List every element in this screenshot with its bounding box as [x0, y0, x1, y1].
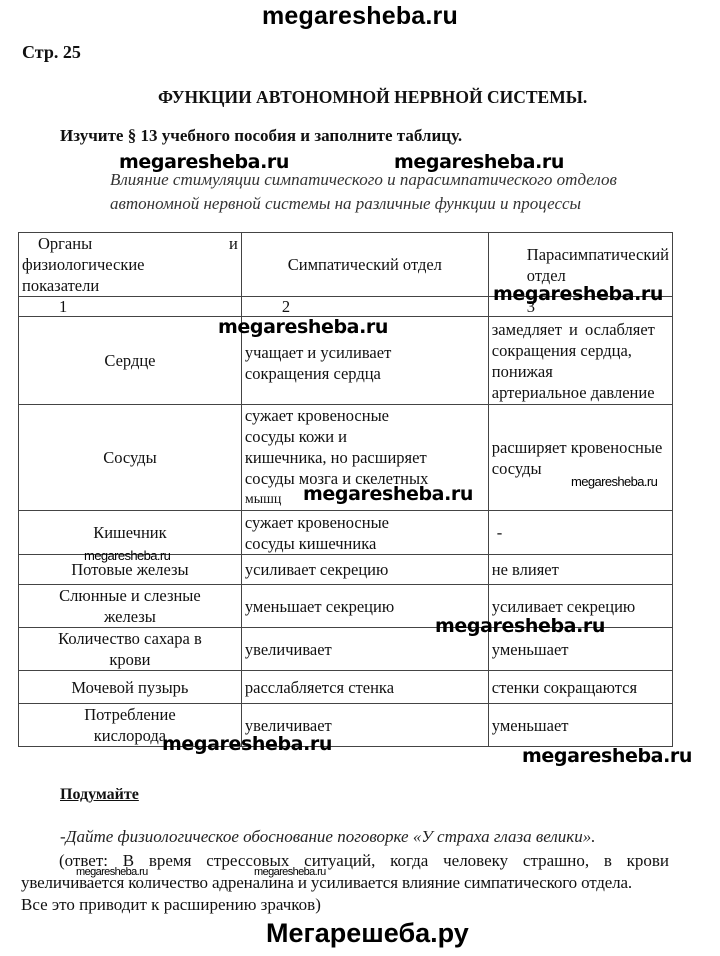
parasympathetic-cell: не влияет: [488, 555, 672, 585]
cell-line: артериальное давление: [492, 382, 669, 403]
header-text: физиологические: [22, 254, 238, 275]
watermark-top[interactable]: megaresheba.ru: [262, 2, 458, 31]
table-row: Потребление кислорода увеличивает уменьш…: [19, 704, 673, 747]
instruction: Изучите § 13 учебного пособия и заполнит…: [60, 126, 462, 146]
think-heading: Подумайте: [60, 786, 139, 804]
sympathetic-cell: сужает кровеносные сосуды кишечника: [241, 511, 488, 555]
table-caption: Влияние стимуляции симпатического и пара…: [110, 168, 670, 216]
parasympathetic-cell: расширяет кровеносные сосуды: [488, 405, 672, 511]
organ-cell: Слюнные и слезные железы: [19, 585, 242, 628]
cell-line: Слюнные и слезные: [22, 585, 238, 606]
watermark[interactable]: megaresheba.ru: [522, 745, 692, 767]
cell-line: Потребление: [22, 704, 238, 725]
header-text: показатели: [22, 275, 238, 296]
watermark[interactable]: megaresheba.ru: [84, 548, 170, 563]
page-title: ФУНКЦИИ АВТОНОМНОЙ НЕРВНОЙ СИСТЕМЫ.: [158, 87, 587, 108]
watermark[interactable]: megaresheba.ru: [254, 866, 326, 878]
cell-line: сокращения сердца: [245, 363, 485, 384]
cell-line: сокращения сердца,: [492, 340, 669, 361]
column-number: 2: [241, 297, 488, 317]
cell-line: расширяет кровеносные: [492, 437, 669, 458]
table-row: Мочевой пузырь расслабляется стенка стен…: [19, 671, 673, 704]
answer-line: Все это приводит к расширению зрачков): [21, 894, 669, 916]
cell-line: сужает кровеносные: [245, 405, 485, 426]
header-organs: Органыи физиологические показатели: [19, 233, 242, 297]
header-text: Парасимпатический: [527, 244, 669, 265]
caption-line: Влияние стимуляции симпатического и пара…: [110, 168, 670, 192]
cell-line: железы: [22, 606, 238, 627]
cell-line: замедляет и ослабляет: [492, 319, 669, 340]
parasympathetic-cell: -: [488, 511, 672, 555]
cell-line: Количество сахара в: [22, 628, 238, 649]
cell-line: сосуды кожи и: [245, 426, 485, 447]
organ-cell: Количество сахара в крови: [19, 628, 242, 671]
think-question: -Дайте физиологическое обоснование погов…: [60, 827, 595, 847]
watermark[interactable]: megaresheba.ru: [76, 866, 148, 878]
watermark[interactable]: megaresheba.ru: [435, 615, 605, 637]
caption-line: автономной нервной системы на различные …: [110, 192, 670, 216]
cell-line: сужает кровеносные: [245, 512, 485, 533]
parasympathetic-cell: уменьшает: [488, 704, 672, 747]
cell-line: крови: [22, 649, 238, 670]
parasympathetic-cell: замедляет и ослабляет сокращения сердца,…: [488, 317, 672, 405]
cell-line: понижая: [492, 361, 669, 382]
header-text: и: [229, 233, 238, 254]
cell-line: учащает и усиливает: [245, 342, 485, 363]
watermark[interactable]: megaresheba.ru: [571, 474, 657, 489]
organ-cell: Мочевой пузырь: [19, 671, 242, 704]
organ-cell: Сосуды: [19, 405, 242, 511]
parasympathetic-cell: стенки сокращаются: [488, 671, 672, 704]
think-answer: (ответ: В время стрессовых ситуаций, ког…: [21, 850, 669, 916]
watermark[interactable]: megaresheba.ru: [303, 483, 473, 505]
sympathetic-cell: усиливает секрецию: [241, 555, 488, 585]
cell-line: кишечника, но расширяет: [245, 447, 485, 468]
watermark[interactable]: megaresheba.ru: [162, 733, 332, 755]
watermark[interactable]: megaresheba.ru: [218, 316, 388, 338]
watermark-footer[interactable]: Мегарешеба.ру: [266, 918, 469, 949]
page-label: Стр. 25: [22, 42, 81, 63]
column-number: 1: [19, 297, 242, 317]
cell-line: сосуды кишечника: [245, 533, 485, 554]
header-text: Органы: [38, 233, 92, 254]
sympathetic-cell: расслабляется стенка: [241, 671, 488, 704]
watermark[interactable]: megaresheba.ru: [493, 283, 663, 305]
organ-cell: Сердце: [19, 317, 242, 405]
header-sympathetic: Симпатический отдел: [241, 233, 488, 297]
